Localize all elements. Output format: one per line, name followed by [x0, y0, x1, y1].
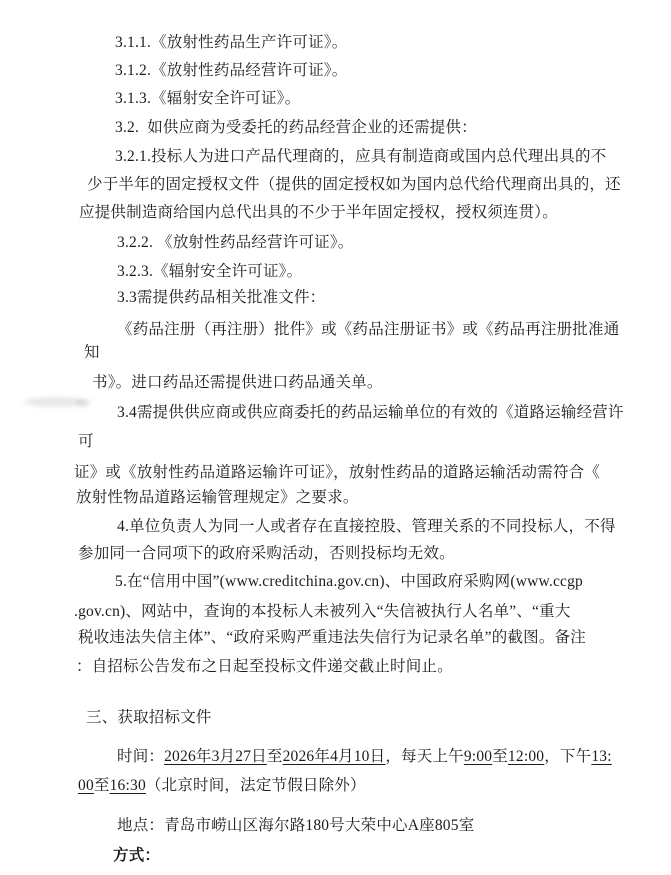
- doc-line: 三、获取招标文件: [86, 707, 212, 729]
- doc-line: 3.1.3.《辐射安全许可证》。: [115, 88, 300, 110]
- doc-line: 方式：: [113, 845, 160, 867]
- text-segment: 至: [267, 748, 283, 765]
- underlined-text: 9:00: [464, 748, 492, 765]
- doc-line: 《药品注册（再注册）批件》或《药品注册证书》或《药品再注册批准通: [117, 319, 619, 341]
- doc-line: 3.2.3.《辐射安全许可证》。: [117, 261, 302, 283]
- doc-line: 证》或《放射性药品道路运输许可证》，放射性药品的道路运输活动需符合《: [74, 462, 600, 484]
- text-segment: （北京时间，法定节假日除外）: [146, 777, 366, 794]
- doc-line: 3.4需提供供应商或供应商委托的药品运输单位的有效的《道路运输经营许: [117, 402, 624, 424]
- doc-line: 放射性物品道路运输管理规定》之要求。: [76, 487, 359, 509]
- underlined-text: 00: [78, 777, 94, 794]
- doc-line: 可: [78, 431, 94, 453]
- text-segment: 至: [492, 748, 508, 765]
- underlined-text: 12:00: [508, 748, 544, 765]
- doc-line: 书》。进口药品还需提供进口药品通关单。: [92, 372, 383, 394]
- underlined-text: 2026年3月27日: [164, 748, 267, 765]
- text-segment: 至: [94, 777, 110, 794]
- doc-line: .gov.cn)、网站中，查询的本投标人未被列入“失信被执行人名单”、“重大: [74, 601, 571, 623]
- doc-line: 参加同一合同项下的政府采购活动，否则投标均无效。: [78, 543, 455, 565]
- text-segment: ，每天上午: [385, 748, 464, 765]
- underlined-text: 2026年4月10日: [283, 748, 386, 765]
- doc-line: 税收违法失信主体”、“政府采购严重违法失信行为记录名单”的截图。备注: [78, 627, 586, 649]
- doc-line: ：自招标公告发布之日起至投标文件递交截止时间止。: [76, 656, 453, 678]
- doc-line: 3.2. 如供应商为受委托的药品经营企业的还需提供：: [115, 117, 477, 139]
- doc-line: 5.在“信用中国”(www.creditchina.gov.cn)、中国政府采购…: [115, 571, 583, 593]
- doc-line: 3.2.1.投标人为进口产品代理商的，应具有制造商或国内总代理出具的不: [115, 146, 606, 168]
- doc-line: 3.2.2. 《放射性药品经营许可证》。: [117, 232, 354, 254]
- doc-line: 时间：2026年3月27日至2026年4月10日，每天上午9:00至12:00，…: [117, 746, 612, 768]
- doc-line: 4.单位负责人为同一人或者存在直接控股、管理关系的不同投标人，不得: [117, 516, 616, 538]
- doc-line: 地点：青岛市崂山区海尔路180号大荣中心A座805室: [117, 815, 474, 837]
- doc-line: 少于半年的固定授权文件（提供的固定授权如为国内总代给代理商出具的，还: [87, 174, 621, 196]
- doc-line: 00至16:30（北京时间，法定节假日除外）: [78, 775, 366, 797]
- document-page: 3.1.1.《放射性药品生产许可证》。3.1.2.《放射性药品经营许可证》。3.…: [0, 0, 671, 875]
- underlined-text: 16:30: [110, 777, 146, 794]
- underlined-text: 13:: [591, 748, 611, 765]
- text-segment: 时间：: [117, 748, 164, 765]
- doc-line: 应提供制造商给国内总代出具的不少于半年固定授权，授权须连贯）。: [79, 202, 558, 224]
- doc-line: 3.1.1.《放射性药品生产许可证》。: [115, 32, 347, 54]
- doc-line: 3.1.2.《放射性药品经营许可证》。: [115, 60, 347, 82]
- doc-line: 知: [84, 342, 100, 364]
- text-segment: ，下午: [544, 748, 591, 765]
- scan-smudge: [76, 399, 90, 407]
- doc-line: 3.3需提供药品相关批准文件：: [117, 287, 325, 309]
